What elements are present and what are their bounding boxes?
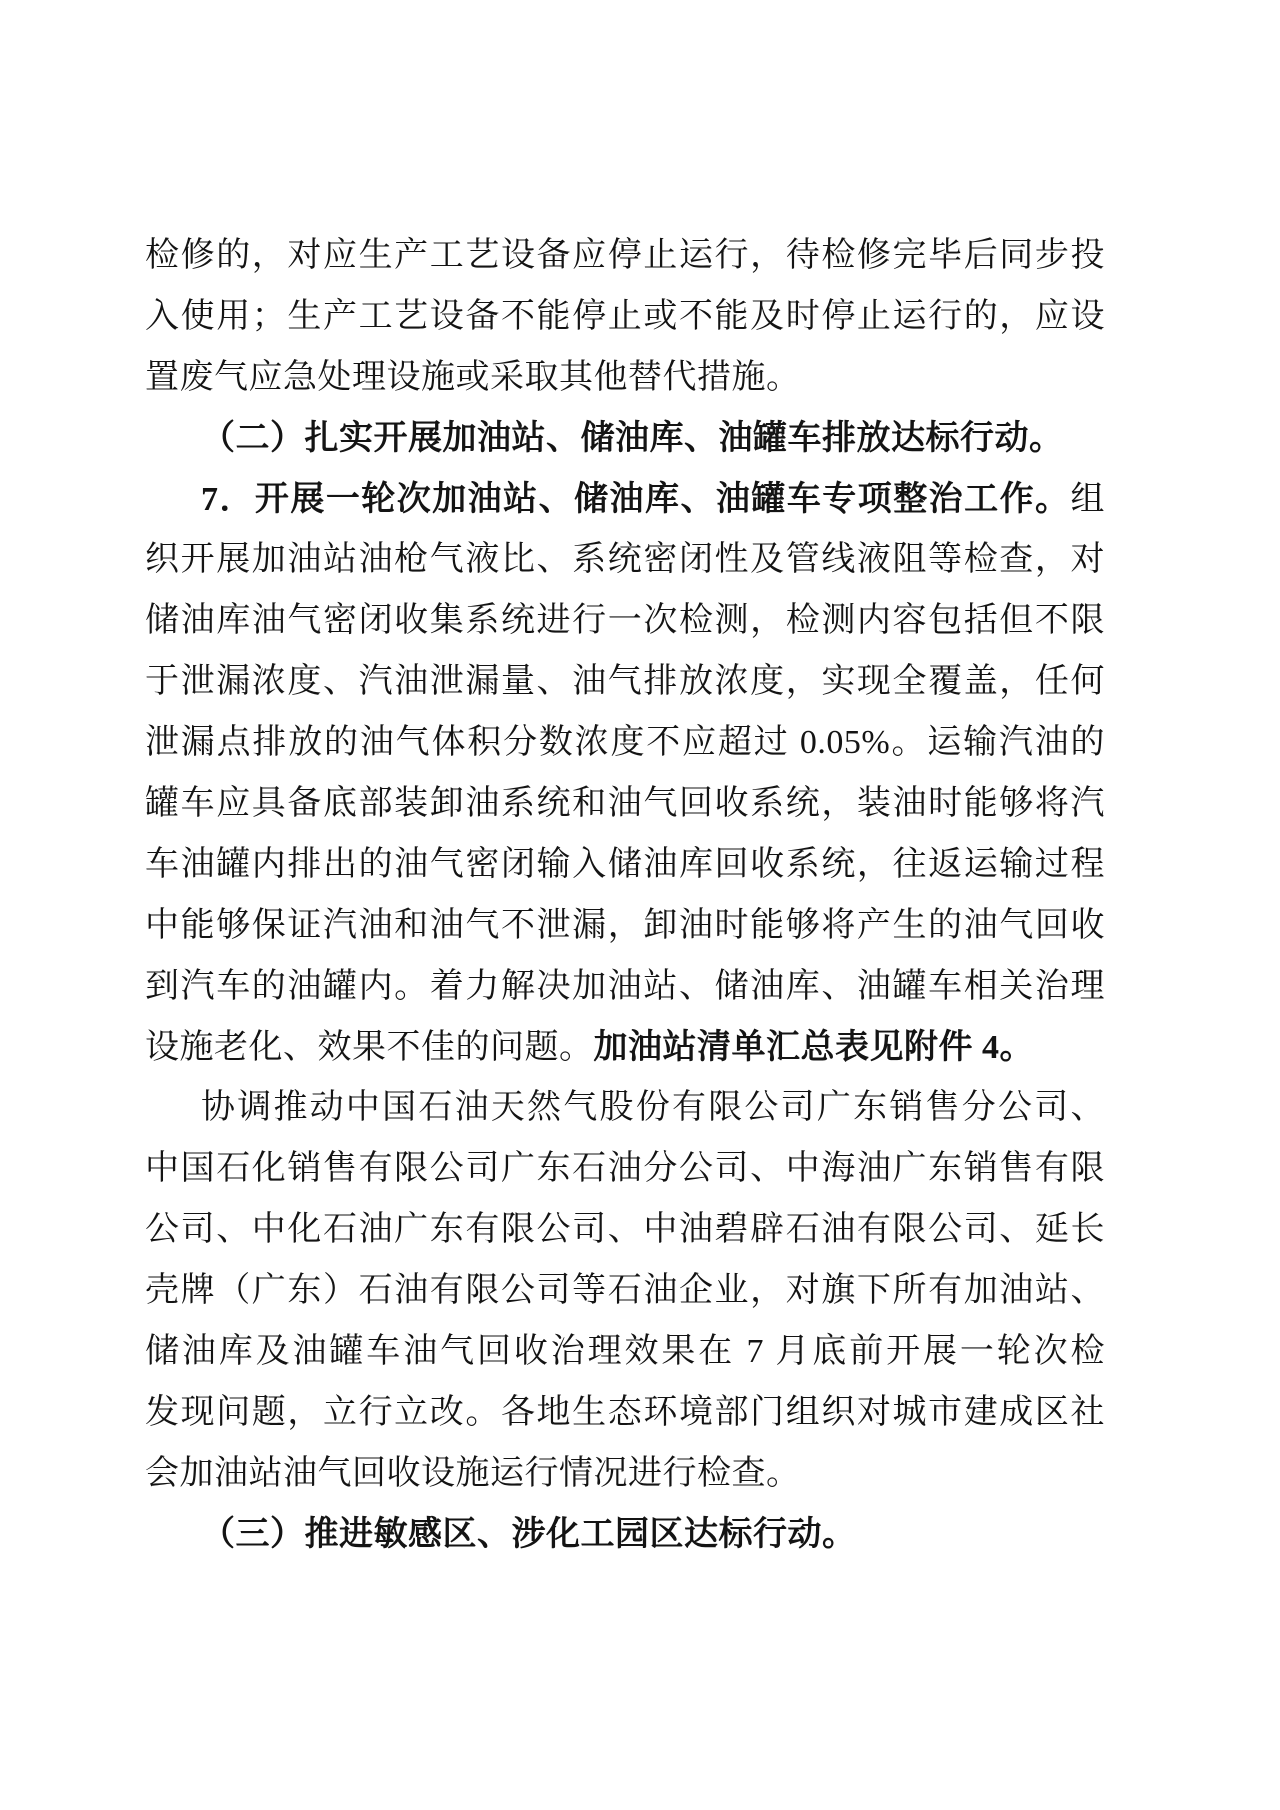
text-line: 7．开展一轮次加油站、储油库、油罐车专项整治工作。组 <box>145 470 1105 531</box>
text-line: 检修的，对应生产工艺设备应停止运行，待检修完毕后同步投 <box>145 226 1105 287</box>
text-line: 入使用；生产工艺设备不能停止或不能及时停止运行的，应设 <box>145 287 1105 348</box>
text-line: 会加油站油气回收设施运行情况进行检查。 <box>145 1444 1105 1505</box>
text-line: 储油库及油罐车油气回收治理效果在 7 月底前开展一轮次检测， <box>145 1322 1105 1383</box>
section-heading-3: （三）推进敏感区、涉化工园区达标行动。 <box>145 1505 1105 1566</box>
text-line: 协调推动中国石油天然气股份有限公司广东销售分公司、 <box>145 1078 1105 1139</box>
text-line: 中能够保证汽油和油气不泄漏，卸油时能够将产生的油气回收 <box>145 896 1105 957</box>
text-line: 发现问题，立行立改。各地生态环境部门组织对城市建成区社 <box>145 1383 1105 1444</box>
text-line: 壳牌（广东）石油有限公司等石油企业，对旗下所有加油站、 <box>145 1261 1105 1322</box>
text-line: 公司、中化石油广东有限公司、中油碧辟石油有限公司、延长 <box>145 1200 1105 1261</box>
text-line: 车油罐内排出的油气密闭输入储油库回收系统，往返运输过程 <box>145 835 1105 896</box>
bold-attachment-note: 加油站清单汇总表见附件 4。 <box>594 1029 1035 1066</box>
text-block: 检修的，对应生产工艺设备应停止运行，待检修完毕后同步投 入使用；生产工艺设备不能… <box>145 226 1105 1566</box>
text-segment: 组 <box>1071 481 1106 518</box>
text-line: 到汽车的油罐内。着力解决加油站、储油库、油罐车相关治理 <box>145 957 1105 1018</box>
text-line: 罐车应具备底部装卸油系统和油气回收系统，装油时能够将汽 <box>145 774 1105 835</box>
text-line: 泄漏点排放的油气体积分数浓度不应超过 0.05%。运输汽油的油 <box>145 713 1105 774</box>
text-line: 设施老化、效果不佳的问题。加油站清单汇总表见附件 4。 <box>145 1018 1105 1079</box>
text-line: 织开展加油站油枪气液比、系统密闭性及管线液阻等检查，对 <box>145 530 1105 591</box>
text-line: 中国石化销售有限公司广东石油分公司、中海油广东销售有限 <box>145 1139 1105 1200</box>
section-heading-2: （二）扎实开展加油站、储油库、油罐车排放达标行动。 <box>145 409 1105 470</box>
document-page: 检修的，对应生产工艺设备应停止运行，待检修完毕后同步投 入使用；生产工艺设备不能… <box>0 0 1280 1810</box>
text-line: 于泄漏浓度、汽油泄漏量、油气排放浓度，实现全覆盖，任何 <box>145 652 1105 713</box>
text-line: 置废气应急处理设施或采取其他替代措施。 <box>145 348 1105 409</box>
text-segment: 设施老化、效果不佳的问题。 <box>145 1029 594 1066</box>
bold-lead-item-7: 7．开展一轮次加油站、储油库、油罐车专项整治工作。 <box>201 481 1071 518</box>
text-line: 储油库油气密闭收集系统进行一次检测，检测内容包括但不限 <box>145 591 1105 652</box>
